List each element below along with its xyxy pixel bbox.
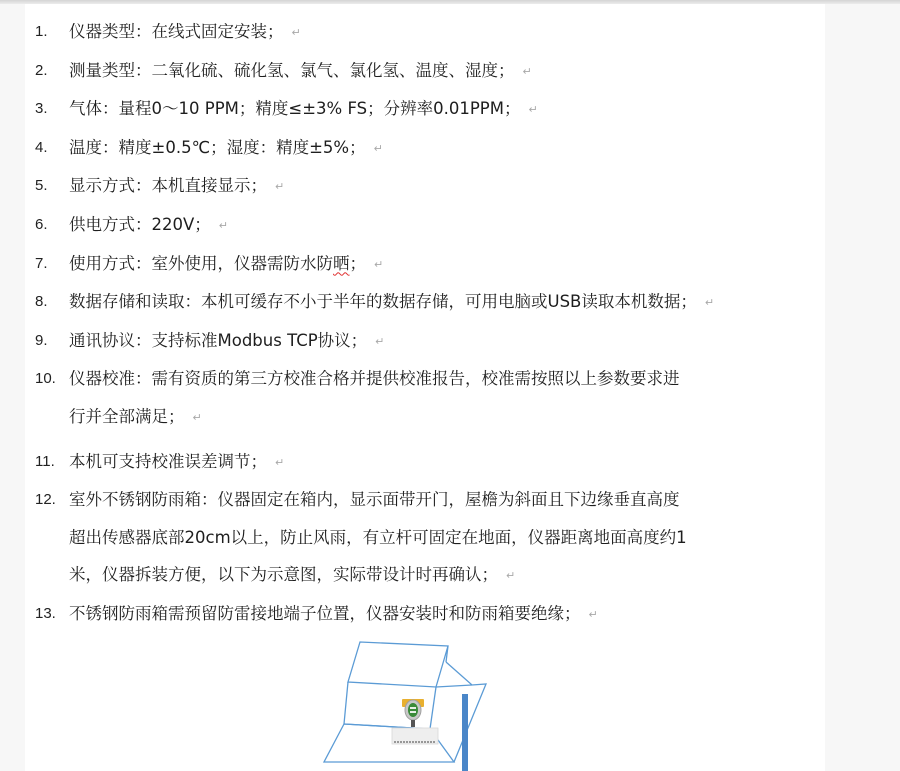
list-item-10: 10. 仪器校准：需有资质的第三方校准合格并提供校准报告，校准需按照以上参数要求… <box>25 360 825 436</box>
item-text: 仪器类型：在线式固定安装；↵ <box>69 13 815 52</box>
item-text: 本机可支持校准误差调节；↵ <box>69 443 815 482</box>
list-item-3: 3. 气体：量程0～10 PPM；精度≤±3% FS；分辨率0.01PPM；↵ <box>25 90 825 129</box>
item-text: 不锈钢防雨箱需预留防雷接地端子位置，仪器安装时和防雨箱要绝缘；↵ <box>69 595 815 634</box>
item-text: 使用方式：室外使用，仪器需防水防晒；↵ <box>69 245 815 284</box>
document-page[interactable]: 1. 仪器类型：在线式固定安装；↵ 2. 测量类型：二氧化硫、硫化氢、氯气、氯化… <box>25 4 825 771</box>
list-item-11: 11. 本机可支持校准误差调节；↵ <box>25 443 825 482</box>
item-text: 气体：量程0～10 PPM；精度≤±3% FS；分辨率0.01PPM；↵ <box>69 90 815 129</box>
item-number: 9. <box>35 322 48 360</box>
list-item-13: 13. 不锈钢防雨箱需预留防雷接地端子位置，仪器安装时和防雨箱要绝缘；↵ <box>25 595 825 634</box>
item-text: 温度：精度±0.5℃；湿度：精度±5%；↵ <box>69 129 815 168</box>
list-item-12: 12. 室外不锈钢防雨箱：仪器固定在箱内，显示面带开门，屋檐为斜面且下边缘垂直高… <box>25 481 825 595</box>
spelling-error-underline[interactable]: 晒 <box>333 254 350 273</box>
paragraph-mark-icon: ↵ <box>529 103 538 116</box>
paragraph-mark-icon: ↵ <box>506 569 515 582</box>
paragraph-mark-icon: ↵ <box>705 296 714 309</box>
list-item-5: 5. 显示方式：本机直接显示；↵ <box>25 167 825 206</box>
item-number: 13. <box>35 595 56 633</box>
item-text-line-1: 仪器校准：需有资质的第三方校准合格并提供校准报告，校准需按照以上参数要求进 <box>69 360 815 398</box>
item-text-line-3: 米，仪器拆装方便，以下为示意图，实际带设计时再确认；↵ <box>69 556 815 595</box>
item-number: 6. <box>35 206 48 244</box>
paragraph-mark-icon: ↵ <box>375 335 384 348</box>
paragraph-mark-icon: ↵ <box>219 219 228 232</box>
mounting-pole <box>462 694 468 771</box>
item-number: 8. <box>35 283 48 321</box>
item-number: 2. <box>35 52 48 90</box>
list-item-8: 8. 数据存储和读取：本机可缓存不小于半年的数据存储，可用电脑或USB读取本机数… <box>25 283 825 322</box>
paragraph-mark-icon: ↵ <box>523 65 532 78</box>
item-number: 1. <box>35 13 48 51</box>
item-number: 5. <box>35 167 48 205</box>
list-item-2: 2. 测量类型：二氧化硫、硫化氢、氯气、氯化氢、温度、湿度；↵ <box>25 52 825 91</box>
paragraph-mark-icon: ↵ <box>275 180 284 193</box>
list-item-6: 6. 供电方式：220V；↵ <box>25 206 825 245</box>
item-number: 4. <box>35 129 48 167</box>
list-item-9: 9. 通讯协议：支持标准Modbus TCP协议；↵ <box>25 322 825 361</box>
item-text-line-2: 超出传感器底部20cm以上，防止风雨，有立杆可固定在地面，仪器距离地面高度约1 <box>69 519 815 557</box>
item-text: 通讯协议：支持标准Modbus TCP协议；↵ <box>69 322 815 361</box>
paragraph-mark-icon: ↵ <box>374 258 383 271</box>
item-text: 供电方式：220V；↵ <box>69 206 815 245</box>
item-text: 显示方式：本机直接显示；↵ <box>69 167 815 206</box>
item-text: 测量类型：二氧化硫、硫化氢、氯气、氯化氢、温度、湿度；↵ <box>69 52 815 91</box>
item-text: 数据存储和读取：本机可缓存不小于半年的数据存储，可用电脑或USB读取本机数据；↵ <box>69 283 815 322</box>
requirements-list: 1. 仪器类型：在线式固定安装；↵ 2. 测量类型：二氧化硫、硫化氢、氯气、氯化… <box>25 13 825 634</box>
item-number: 3. <box>35 90 48 128</box>
paragraph-mark-icon: ↵ <box>374 142 383 155</box>
paragraph-mark-icon: ↵ <box>292 26 301 39</box>
item-text-line-1: 室外不锈钢防雨箱：仪器固定在箱内，显示面带开门，屋檐为斜面且下边缘垂直高度 <box>69 481 815 519</box>
item-number: 11. <box>35 443 55 481</box>
item-text-line-2: 行并全部满足；↵ <box>69 398 815 437</box>
item-number: 10. <box>35 360 56 398</box>
paragraph-mark-icon: ↵ <box>275 456 284 469</box>
paragraph-mark-icon: ↵ <box>589 608 598 621</box>
list-item-1: 1. 仪器类型：在线式固定安装；↵ <box>25 13 825 52</box>
paragraph-mark-icon: ↵ <box>193 411 202 424</box>
rain-shelter-diagram[interactable] <box>320 632 510 771</box>
item-number: 12. <box>35 481 56 519</box>
list-item-4: 4. 温度：精度±0.5℃；湿度：精度±5%；↵ <box>25 129 825 168</box>
list-item-7: 7. 使用方式：室外使用，仪器需防水防晒；↵ <box>25 245 825 284</box>
item-number: 7. <box>35 245 48 283</box>
